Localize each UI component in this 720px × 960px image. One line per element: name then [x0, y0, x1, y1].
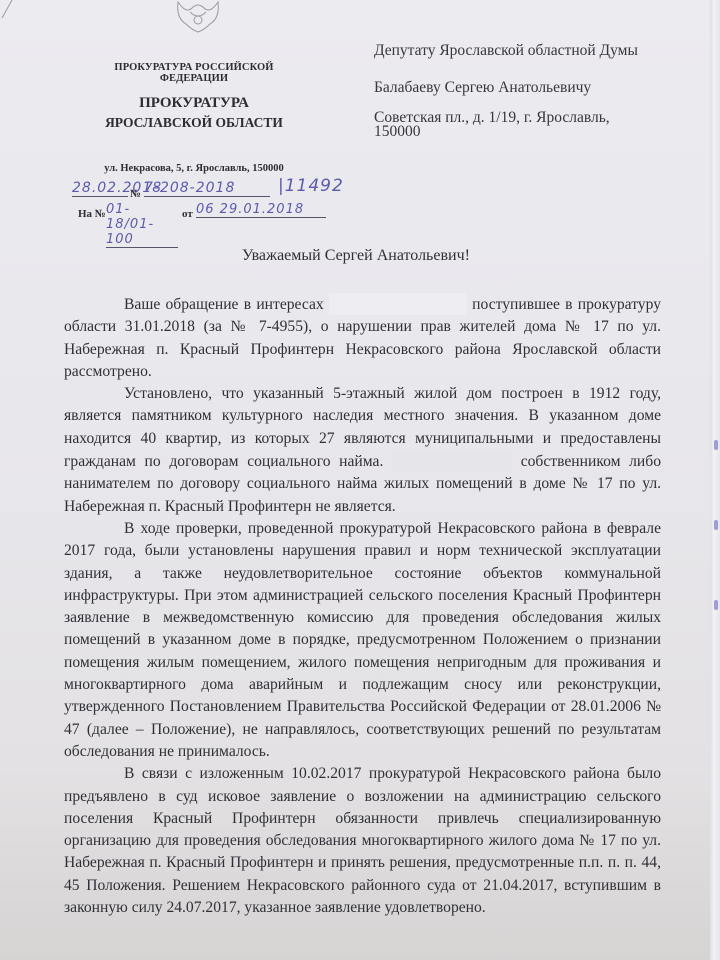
ref-number-label: На №: [78, 208, 106, 220]
incoming-mark: |11492: [278, 176, 344, 196]
paragraph-4: В связи с изложенным 10.02.2017 прокурат…: [64, 763, 661, 919]
page-edge-next-sheet: [710, 0, 720, 960]
number-label: №: [130, 188, 141, 200]
redacted-name-2: [392, 450, 512, 472]
ink-mark: [714, 520, 718, 530]
paperclip-icon: [0, 0, 20, 20]
paragraph-3: В ходе проверки, проведенной прокуратуро…: [64, 518, 661, 763]
paragraph-2: Установлено, что указанный 5-этажный жил…: [64, 383, 661, 518]
salutation: Уважаемый Сергей Анатольевич!: [0, 247, 712, 265]
ref-from-label: от: [182, 208, 193, 220]
redacted-name: [329, 293, 467, 315]
russian-coat-of-arms-icon: [168, 0, 228, 34]
ref-number: 01-18/01-100: [106, 202, 178, 248]
recipient-title: Депутату Ярославской областной Думы: [374, 42, 638, 60]
letter-body: Ваше обращение в интересах поступившее в…: [64, 293, 661, 919]
ref-date: 06 29.01.2018: [196, 202, 326, 218]
letter-page: ПРОКУРАТУРА РОССИЙСКОЙ ФЕДЕРАЦИИ ПРОКУРА…: [0, 0, 712, 960]
agency-address: ул. Некрасова, 5, г. Ярославль, 150000: [84, 163, 304, 174]
outgoing-date: 28.02.2018: [72, 180, 128, 197]
ink-mark: [714, 600, 718, 610]
recipient-name: Балабаеву Сергею Анатольевичу: [374, 79, 591, 97]
p1-text-a: Ваше обращение в интересах: [124, 296, 329, 313]
outgoing-number: 7-208-2018: [144, 180, 270, 197]
agency-name-line2: ЯРОСЛАВСКОЙ ОБЛАСТИ: [84, 115, 304, 131]
ink-mark: [714, 440, 718, 450]
recipient-address-line2: 150000: [374, 123, 421, 141]
paragraph-1: Ваше обращение в интересах поступившее в…: [64, 293, 661, 383]
agency-top-title: ПРОКУРАТУРА РОССИЙСКОЙ ФЕДЕРАЦИИ: [84, 62, 304, 84]
agency-name-line1: ПРОКУРАТУРА: [84, 95, 304, 112]
